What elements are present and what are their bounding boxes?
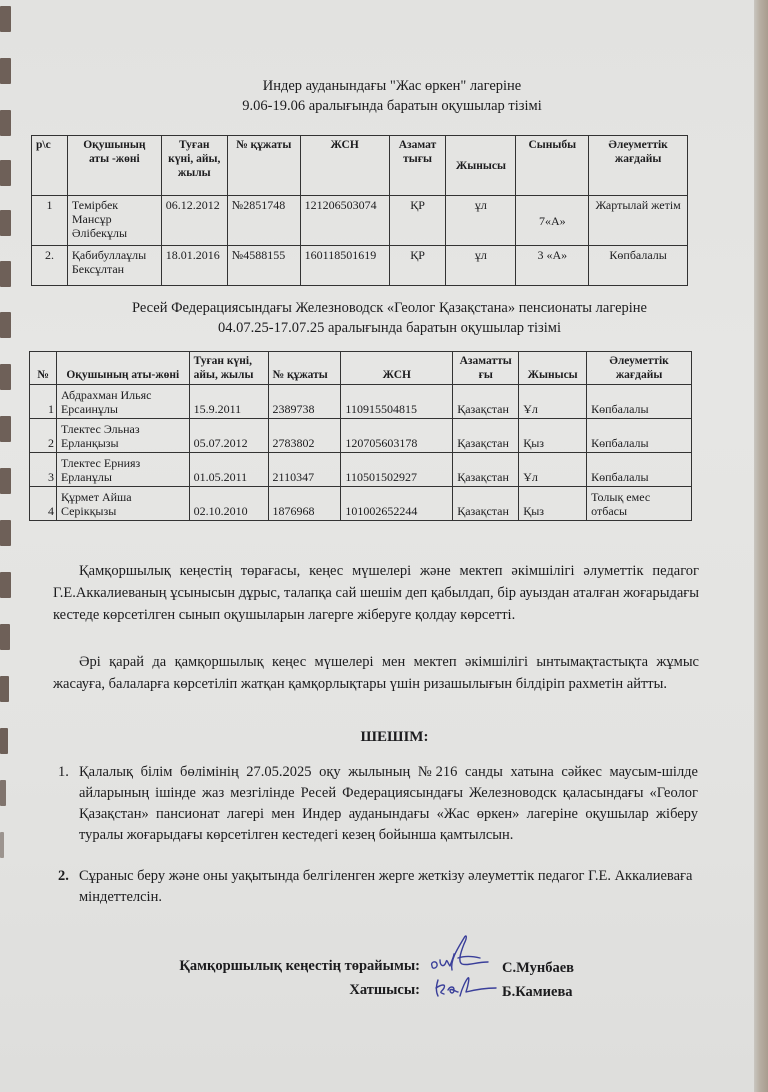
cell-gender: Қыз	[519, 487, 587, 521]
cell-social: Көпбалалы	[587, 453, 692, 487]
decision-number: 2.	[58, 866, 69, 887]
cell-social: Көпбалалы	[587, 419, 692, 453]
cell-name: Құрмет Айша Серікқызы	[56, 487, 189, 521]
cell-iin: 120705603178	[341, 419, 453, 453]
cell-num: 3	[30, 453, 57, 487]
cell-birth: 15.9.2011	[189, 385, 268, 419]
table-header-row: р\с Оқушының аты -жөні Туған күні, айы, …	[32, 136, 688, 196]
binding-hole	[0, 520, 11, 546]
binding-hole	[0, 364, 11, 390]
binding-hole	[0, 624, 10, 650]
cell-doc: №4588155	[227, 246, 300, 286]
binding-hole	[0, 416, 11, 442]
cell-iin: 121206503074	[300, 196, 389, 246]
students-table-zheleznovodsk: № Оқушының аты-жөні Туған күні, айы, жыл…	[29, 351, 692, 521]
handwritten-signature-icon	[428, 930, 508, 1005]
cell-name: Темірбек Мансұр Әлібекұлы	[67, 196, 161, 246]
secretary-label: Хатшысы:	[140, 982, 420, 999]
table-row: 4 Құрмет Айша Серікқызы 02.10.2010 18769…	[30, 487, 692, 521]
decision-item: 1. Қалалық білім бөлімінің 27.05.2025 оқ…	[58, 762, 698, 846]
header-cell: Туған күні, айы, жылы	[189, 352, 268, 385]
cell-name: Абдрахман Ильяс Ерсаинұлы	[56, 385, 189, 419]
cell-gender: Ұл	[519, 453, 587, 487]
cell-grade: 7«А»	[516, 196, 589, 246]
cell-doc: 2783802	[268, 419, 341, 453]
cell-citizenship: Қазақстан	[453, 487, 519, 521]
paragraph-council-decision: Қамқоршылық кеңестің төрағасы, кеңес мүш…	[53, 560, 699, 626]
cell-citizenship: ҚР	[389, 196, 446, 246]
decision-number: 1.	[58, 762, 69, 783]
cell-num: 1	[30, 385, 57, 419]
binding-hole	[0, 676, 9, 702]
cell-iin: 101002652244	[341, 487, 453, 521]
binding-hole	[0, 6, 11, 32]
cell-doc: №2851748	[227, 196, 300, 246]
header-cell: Оқушының аты -жөні	[67, 136, 161, 196]
binding-hole	[0, 832, 4, 858]
header-cell: № құжаты	[227, 136, 300, 196]
section1-title: Индер ауданындағы "Жас өркен" лагеріне 9…	[0, 76, 754, 116]
students-table-inder: р\с Оқушының аты -жөні Туған күні, айы, …	[31, 135, 688, 286]
section1-title-line1: Индер ауданындағы "Жас өркен" лагеріне	[30, 76, 754, 96]
header-cell: Азамат тығы	[389, 136, 446, 196]
cell-num: 1	[32, 196, 68, 246]
cell-birth: 01.05.2011	[189, 453, 268, 487]
paragraph-gratitude: Әрі қарай да қамқоршылық кеңес мүшелері …	[53, 651, 699, 695]
cell-gender: Қыз	[519, 419, 587, 453]
cell-gender: ұл	[446, 196, 516, 246]
document-page: Индер ауданындағы "Жас өркен" лагеріне 9…	[0, 0, 754, 1092]
binding-hole	[0, 160, 11, 186]
binding-hole	[0, 780, 6, 806]
cell-citizenship: ҚР	[389, 246, 446, 286]
table-row: 1 Абдрахман Ильяс Ерсаинұлы 15.9.2011 23…	[30, 385, 692, 419]
table-row: 2 Тлектес Эльназ Ерланқызы 05.07.2012 27…	[30, 419, 692, 453]
decision-heading: ШЕШІМ:	[0, 729, 754, 746]
cell-citizenship: Қазақстан	[453, 385, 519, 419]
table-row: 1 Темірбек Мансұр Әлібекұлы 06.12.2012 №…	[32, 196, 688, 246]
header-cell: Әлеуметтік жағдайы	[587, 352, 692, 385]
decision-item: 2. Сұраныс беру және оны уақытында белгі…	[58, 866, 698, 908]
header-cell: Жынысы	[519, 352, 587, 385]
header-cell: Әлеуметтік жағдайы	[589, 136, 688, 196]
header-cell: ЖСН	[341, 352, 453, 385]
decision-text: Қалалық білім бөлімінің 27.05.2025 оқу ж…	[79, 762, 698, 846]
cell-num: 2.	[32, 246, 68, 286]
header-cell: Жынысы	[446, 136, 516, 196]
cell-birth: 02.10.2010	[189, 487, 268, 521]
section2-title: Ресей Федерациясындағы Железноводск «Гео…	[0, 298, 754, 338]
header-cell: Оқушының аты-жөні	[56, 352, 189, 385]
section2-title-line1: Ресей Федерациясындағы Железноводск «Гео…	[25, 298, 754, 318]
table-row: 2. Қабибуллаұлы Бексұлтан 18.01.2016 №45…	[32, 246, 688, 286]
table-row: 3 Тлектес Ернияз Ерланұлы 01.05.2011 211…	[30, 453, 692, 487]
page-edge-shadow	[754, 0, 768, 1092]
cell-social: Толық емес отбасы	[587, 487, 692, 521]
cell-social: Жартылай жетім	[589, 196, 688, 246]
cell-gender: Ұл	[519, 385, 587, 419]
binding-hole	[0, 210, 11, 236]
chair-label: Қамқоршылық кеңестің төрайымы:	[140, 958, 420, 975]
chair-name: С.Мунбаев	[502, 960, 574, 977]
section2-title-line2: 04.07.25-17.07.25 аралығында баратын оқу…	[25, 318, 754, 338]
table-header-row: № Оқушының аты-жөні Туған күні, айы, жыл…	[30, 352, 692, 385]
cell-doc: 1876968	[268, 487, 341, 521]
cell-name: Тлектес Эльназ Ерланқызы	[56, 419, 189, 453]
binding-hole	[0, 261, 11, 287]
secretary-name: Б.Камиева	[502, 984, 573, 1001]
cell-birth: 06.12.2012	[161, 196, 227, 246]
cell-name: Тлектес Ернияз Ерланұлы	[56, 453, 189, 487]
cell-citizenship: Қазақстан	[453, 419, 519, 453]
header-cell: Туған күні, айы, жылы	[161, 136, 227, 196]
cell-social: Көпбалалы	[589, 246, 688, 286]
cell-birth: 18.01.2016	[161, 246, 227, 286]
cell-iin: 160118501619	[300, 246, 389, 286]
header-cell: Азаматты ғы	[453, 352, 519, 385]
section1-title-line2: 9.06-19.06 аралығында баратын оқушылар т…	[30, 96, 754, 116]
header-cell: Сыныбы	[516, 136, 589, 196]
cell-citizenship: Қазақстан	[453, 453, 519, 487]
cell-iin: 110915504815	[341, 385, 453, 419]
decision-text: Сұраныс беру және оны уақытында белгілен…	[79, 866, 698, 908]
header-cell: №	[30, 352, 57, 385]
binding-hole	[0, 468, 11, 494]
binding-hole	[0, 572, 11, 598]
cell-gender: ұл	[446, 246, 516, 286]
cell-iin: 110501502927	[341, 453, 453, 487]
cell-num: 4	[30, 487, 57, 521]
header-cell: р\с	[32, 136, 68, 196]
header-cell: № құжаты	[268, 352, 341, 385]
cell-social: Көпбалалы	[587, 385, 692, 419]
header-cell: ЖСН	[300, 136, 389, 196]
cell-num: 2	[30, 419, 57, 453]
cell-doc: 2110347	[268, 453, 341, 487]
cell-birth: 05.07.2012	[189, 419, 268, 453]
cell-name: Қабибуллаұлы Бексұлтан	[67, 246, 161, 286]
cell-doc: 2389738	[268, 385, 341, 419]
cell-grade: 3 «А»	[516, 246, 589, 286]
